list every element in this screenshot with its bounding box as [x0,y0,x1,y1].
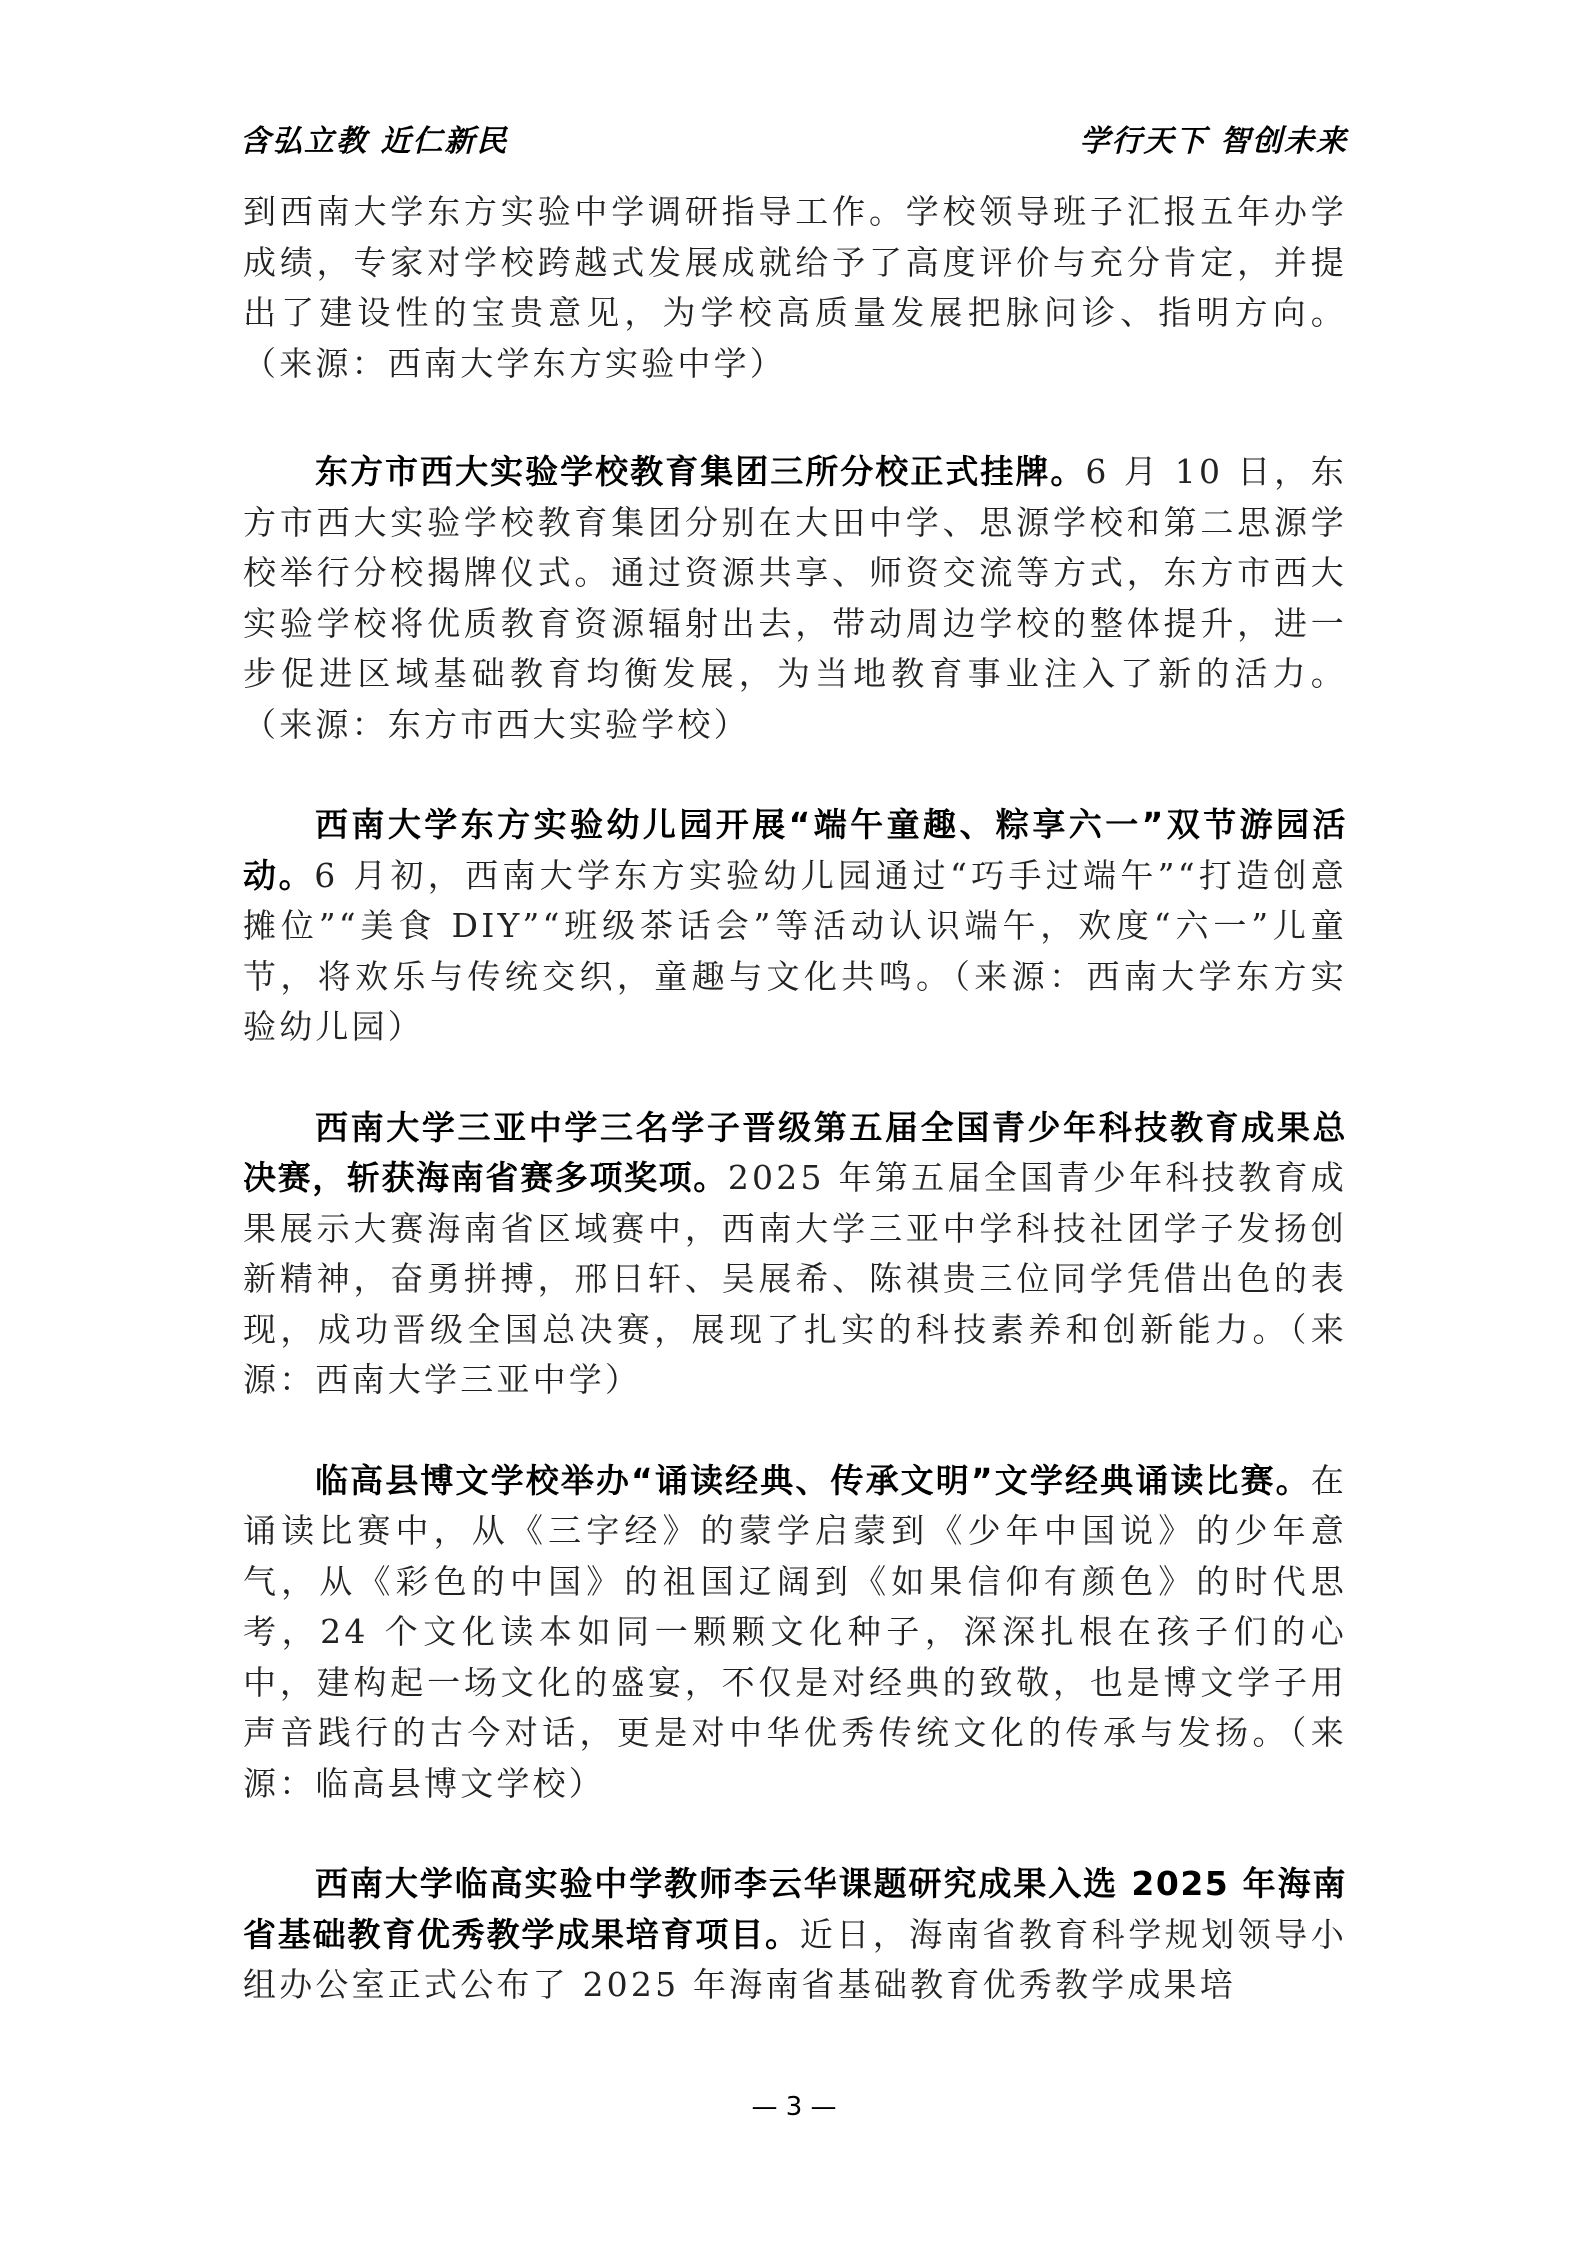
news-body: 6 月 10 日，东方市西大实验学校教育集团分别在大田中学、思源学校和第二思源学… [243,452,1347,744]
news-body: 到西南大学东方实验中学调研指导工作。学校领导班子汇报五年办学成绩，专家对学校跨越… [243,192,1347,383]
page-header: 含弘立教 近仁新民 学行天下 智创未来 [240,118,1348,158]
news-body: 在诵读比赛中，从《三字经》的蒙学启蒙到《少年中国说》的少年意气，从《彩色的中国》… [243,1461,1347,1803]
header-motto-right: 学行天下 智创未来 [1080,116,1348,160]
news-item-continuation: 到西南大学东方实验中学调研指导工作。学校领导班子汇报五年办学成绩，专家对学校跨越… [243,187,1347,389]
header-motto-left: 含弘立教 近仁新民 [240,116,508,160]
news-item: 西南大学三亚中学三名学子晋级第五届全国青少年科技教育成果总决赛，斩获海南省赛多项… [243,1103,1347,1406]
news-headline: 东方市西大实验学校教育集团三所分校正式挂牌。 [315,452,1085,491]
news-item: 西南大学临高实验中学教师李云华课题研究成果入选 2025 年海南省基础教育优秀教… [243,1859,1347,2011]
news-item: 临高县博文学校举办“诵读经典、传承文明”文学经典诵读比赛。在诵读比赛中，从《三字… [243,1456,1347,1810]
page-number: — 3 — [0,2092,1588,2122]
news-item: 东方市西大实验学校教育集团三所分校正式挂牌。6 月 10 日，东方市西大实验学校… [243,447,1347,750]
news-headline: 临高县博文学校举办“诵读经典、传承文明”文学经典诵读比赛。 [315,1461,1311,1500]
document-body: 到西南大学东方实验中学调研指导工作。学校领导班子汇报五年办学成绩，专家对学校跨越… [243,187,1347,2011]
news-body: 6 月初，西南大学东方实验幼儿园通过“巧手过端午”“打造创意摊位”“美食 DIY… [243,856,1347,1047]
news-item: 西南大学东方实验幼儿园开展“端午童趣、粽享六一”双节游园活动。6 月初，西南大学… [243,800,1347,1053]
